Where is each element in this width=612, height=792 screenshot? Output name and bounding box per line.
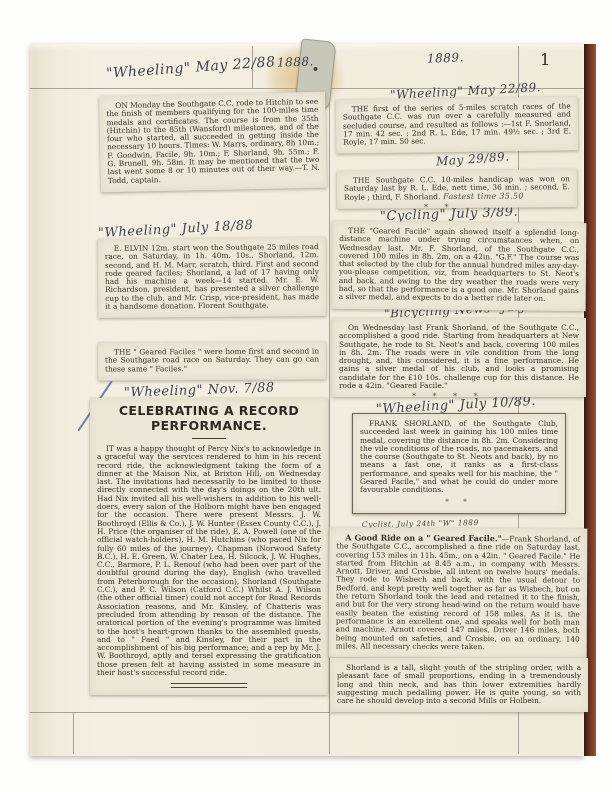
clipping-geared-faciles-home-first: THE " Geared Faciles " were home first a… [98,341,326,380]
clipping-text: THE first of the series of 5-miles scrat… [343,102,572,147]
clipping-text: ON Monday the Southgate C.C. rode to Hit… [106,98,320,185]
asterisk-divider: * * * * [412,392,485,401]
clipping-five-mile-scratch-races: THE first of the series of 5-miles scrat… [336,96,579,154]
rule-line-bottom-left-vertical [73,712,74,754]
clipping-celebrating-record-performance: CELEBRATING A RECORD PERFORMANCE. IT was… [90,398,328,695]
clipping-hitchin-100-miles: ON Monday the Southgate C.C. rode to Hit… [99,92,327,193]
asterisk-divider: * * [360,498,558,506]
handwritten-year-1889: 1889. [427,50,464,65]
clipping-ten-mile-handicap: THE Southgate C.C. 10-miles handicap was… [337,169,577,209]
handwritten-year-1888: 1888. [277,54,314,69]
clipping-text: Shorland is a tall, slight youth of the … [337,664,581,705]
end-rule [171,683,247,688]
scanned-scrapbook-page: { "page": { "number": "1" }, "annotation… [0,0,612,792]
headline-rule [192,438,226,439]
handwritten-fastest-time: Fastest time 35.50 [440,191,524,201]
clipping-text: FRANK SHORLAND, of the Southgate Club, s… [360,420,558,495]
clipping-text: IT was a happy thought of Percy Nix's to… [97,445,321,677]
clipping-frank-shorland-good-ride: On Wednesday last Frank Shorland, of the… [332,318,586,397]
page-number: 1 [540,50,550,69]
clipping-good-ride-153-miles: A Good Ride on a " Geared Facile."—Frank… [329,527,588,659]
clipping-elvin-road-race: E. ELVIN 12m. start won the Southgate 25… [98,237,327,318]
clipping-text: THE Southgate C.C. 10-miles handicap was… [344,175,570,201]
clipping-geared-facile-splendid-machine: THE "Geared Facile" again showed itself … [332,221,587,311]
asterisk-divider: * * [424,203,456,212]
clipping-shorland-time-medal: FRANK SHORLAND, of the Southgate Club, s… [352,413,566,514]
clipping-text-main: —Frank Shorland, of the Southgate C.C., … [336,534,581,651]
clipping-text: THE "Geared Facile" again showed itself … [339,227,580,304]
clipping-text: THE " Geared Faciles " were home first a… [105,347,319,373]
clipping-text: A Good Ride on a " Geared Facile."—Frank… [336,533,581,651]
clipping-text: E. ELVIN 12m. start won the Southgate 25… [105,243,320,311]
clipping-text: On Wednesday last Frank Shorland, of the… [339,324,579,390]
clipping-headline: CELEBRATING A RECORD PERFORMANCE. [97,404,321,433]
clipping-shorland-description: Shorland is a tall, slight youth of the … [330,658,588,712]
rule-line-bottom-left [30,712,330,713]
